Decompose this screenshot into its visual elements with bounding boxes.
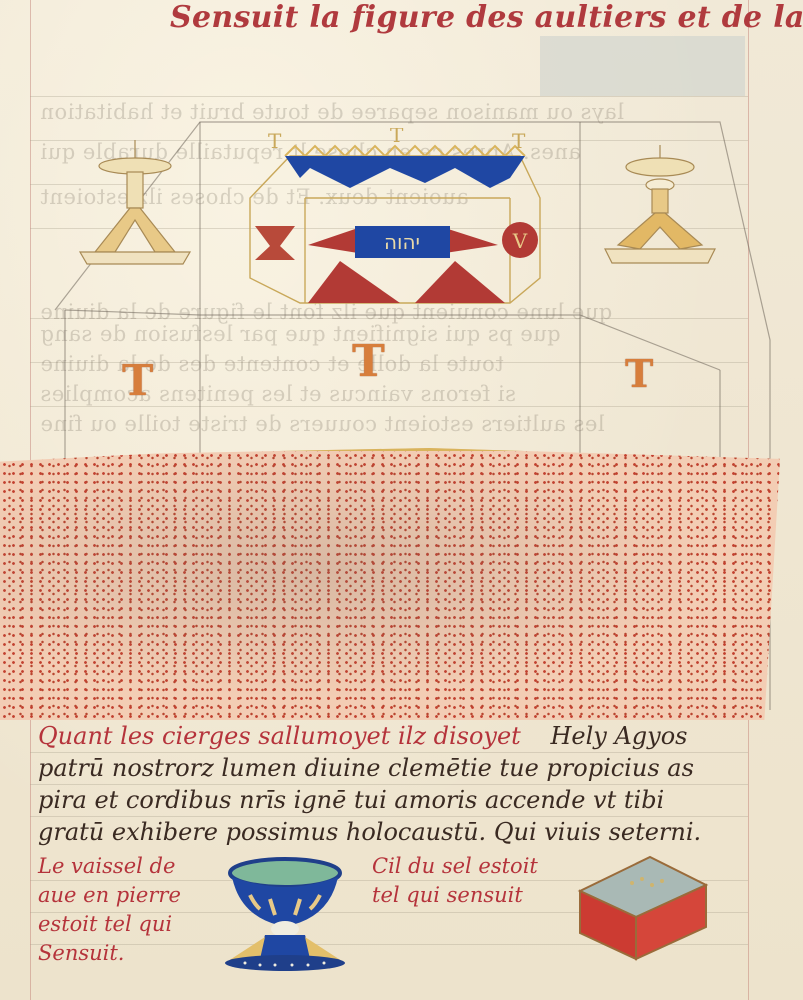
rubric: Quant les cierges sallumoyet ilz disoyet xyxy=(38,722,521,750)
prayer-incipit: Hely Agyos xyxy=(550,722,687,750)
ruling-line xyxy=(30,96,748,97)
caption-line: Sensuit. xyxy=(38,939,181,968)
salt-box-icon xyxy=(572,855,712,965)
tau-cross-left-icon: T xyxy=(122,360,153,402)
caption-line: aue en pierre xyxy=(38,881,181,910)
tau-mark: T xyxy=(268,129,282,153)
caption-line: tel qui sensuit xyxy=(372,881,538,910)
page-title: Sensuit la figure des aultiers et de lar… xyxy=(170,0,803,35)
prayer-line: gratū exhibere possimus holocaustū. Qui … xyxy=(38,816,798,848)
tetragrammaton-label: יהוה xyxy=(384,230,420,254)
caption-line: estoit tel qui xyxy=(38,910,181,939)
prayer-line: patrū nostrorz lumen diuine clemētie tue… xyxy=(38,752,798,784)
prayer-line-1: Quant les cierges sallumoyet ilz disoyet… xyxy=(38,720,798,752)
prayer-line: pira et cordibus nrīs ignē tui amoris ac… xyxy=(38,784,798,816)
pasted-slip xyxy=(540,36,745,96)
stone-water-vessel-icon xyxy=(220,855,350,975)
ark-of-covenant-illustration: T T T יהוה V xyxy=(240,128,560,308)
tau-cross-center-icon: T xyxy=(352,340,385,384)
tau-mark: T xyxy=(390,128,404,147)
side-symbol: V xyxy=(512,229,528,253)
tau-mark: T xyxy=(512,129,526,153)
tau-cross-right-icon: T xyxy=(625,355,653,393)
manuscript-page: lays ou manison separee de toute bruit e… xyxy=(0,0,803,1000)
salt-caption: Cil du sel estoit tel qui sensuit xyxy=(372,852,538,910)
prayer-text: Quant les cierges sallumoyet ilz disoyet… xyxy=(38,720,798,848)
caption-line: Le vaissel de xyxy=(38,852,181,881)
candlestick-left-icon xyxy=(75,140,195,270)
vessel-caption: Le vaissel de aue en pierre estoit tel q… xyxy=(38,852,181,968)
caption-line: Cil du sel estoit xyxy=(372,852,538,881)
candlestick-right-icon xyxy=(600,145,720,270)
altar-cloth-shading xyxy=(0,448,780,720)
